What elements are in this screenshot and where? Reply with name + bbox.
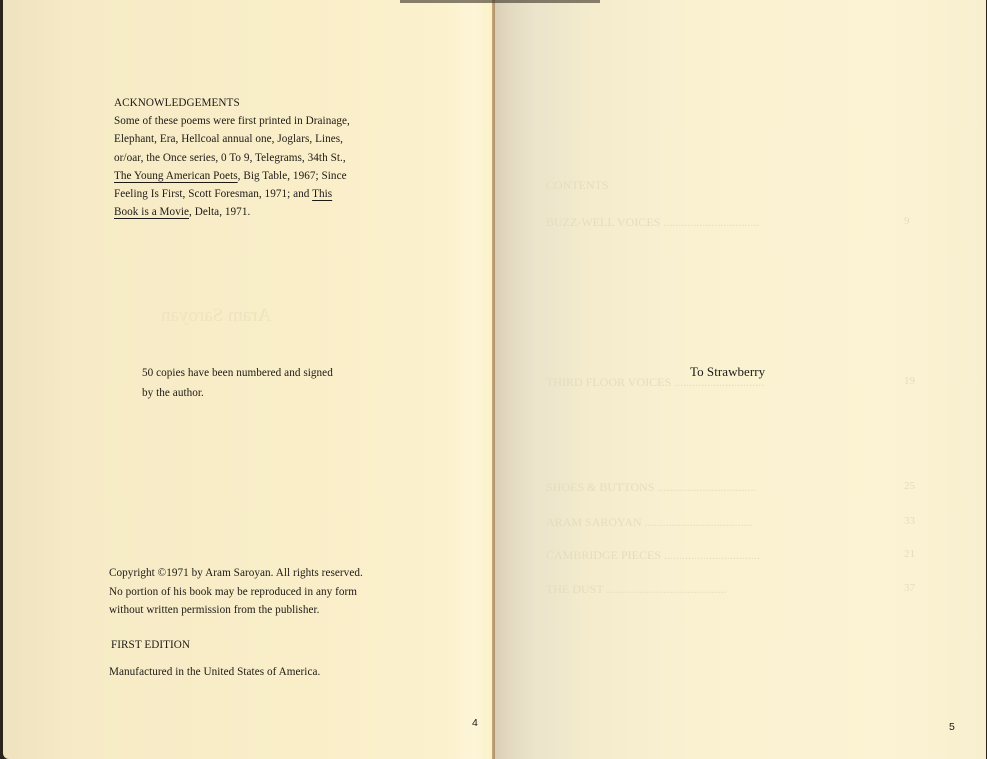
limited-edition-line-1: 50 copies have been numbered and signed bbox=[142, 363, 333, 383]
dedication: To Strawberry bbox=[690, 363, 765, 381]
left-page: Aram Saroyan ACKNOWLEDGEMENTS Some of th… bbox=[3, 0, 494, 759]
acknowledgements-line: The Young American Poets, Big Table, 196… bbox=[114, 167, 350, 185]
acknowledgements-line: Book is a Movie, Delta, 1971. bbox=[114, 203, 350, 221]
ghost-toc-entry: BUZZ-WELL VOICES .......................… bbox=[546, 215, 759, 230]
acknowledgements-text: Some of these poems were first printed i… bbox=[114, 115, 350, 127]
ghost-toc-entry: SHOES & BUTTONS ........................… bbox=[546, 480, 756, 495]
acknowledgements-line: Feeling Is First, Scott Foresman, 1971; … bbox=[114, 185, 350, 203]
acknowledgements-text: , Big Table, 1967; Since bbox=[238, 170, 347, 182]
spine-shadow bbox=[400, 0, 600, 3]
page-number-right: 5 bbox=[949, 721, 955, 733]
ghost-toc-page: 37 bbox=[904, 582, 915, 594]
ghost-toc-entry: CONTENTS bbox=[546, 178, 609, 193]
acknowledgements-heading: ACKNOWLEDGEMENTS bbox=[114, 94, 240, 112]
copyright-line-2: No portion of his book may be reproduced… bbox=[109, 583, 363, 602]
publication-title: The Young American Poets bbox=[114, 170, 238, 182]
publication-title: Book is a Movie bbox=[114, 206, 189, 218]
acknowledgements-line: or/oar, the Once series, 0 To 9, Telegra… bbox=[114, 149, 350, 167]
ghost-toc-page: 19 bbox=[904, 375, 915, 387]
publication-title: This bbox=[312, 188, 332, 200]
acknowledgements-text: , Delta, 1971. bbox=[189, 206, 250, 218]
right-page: CONTENTSBUZZ-WELL VOICES ...............… bbox=[494, 0, 986, 759]
ghost-toc-entry: CAMBRIDGE PIECES .......................… bbox=[546, 548, 760, 563]
edition-label: FIRST EDITION bbox=[111, 636, 190, 654]
ghost-toc-page: 25 bbox=[904, 480, 915, 492]
limited-edition-line-2: by the author. bbox=[142, 383, 333, 403]
copyright-notice: Copyright ©1971 by Aram Saroyan. All rig… bbox=[109, 564, 363, 620]
ghost-toc-page: 21 bbox=[904, 548, 915, 560]
page-number-left: 4 bbox=[472, 717, 478, 729]
copyright-line-3: without written permission from the publ… bbox=[109, 601, 363, 620]
acknowledgements-line: Elephant, Era, Hellcoal annual one, Jogl… bbox=[114, 130, 350, 148]
ghost-toc-entry: THE DUST ...............................… bbox=[546, 582, 726, 597]
acknowledgements-body: Some of these poems were first printed i… bbox=[114, 112, 350, 222]
acknowledgements-text: or/oar, the Once series, 0 To 9, Telegra… bbox=[114, 152, 346, 164]
ghost-toc-entry: ARAM SAROYAN ...........................… bbox=[546, 515, 753, 530]
copyright-line-1: Copyright ©1971 by Aram Saroyan. All rig… bbox=[109, 564, 363, 583]
manufactured-note: Manufactured in the United States of Ame… bbox=[109, 663, 320, 681]
bleed-through-text: Aram Saroyan bbox=[161, 305, 271, 327]
ghost-toc-page: 33 bbox=[904, 515, 915, 527]
acknowledgements-line: Some of these poems were first printed i… bbox=[114, 112, 350, 130]
acknowledgements-text: Feeling Is First, Scott Foresman, 1971; … bbox=[114, 188, 312, 200]
book-spread: Aram Saroyan ACKNOWLEDGEMENTS Some of th… bbox=[0, 0, 987, 759]
ghost-toc-page: 9 bbox=[904, 215, 910, 227]
acknowledgements-text: Elephant, Era, Hellcoal annual one, Jogl… bbox=[114, 133, 343, 145]
book-spine bbox=[492, 0, 495, 759]
limited-edition-note: 50 copies have been numbered and signed … bbox=[142, 363, 333, 403]
